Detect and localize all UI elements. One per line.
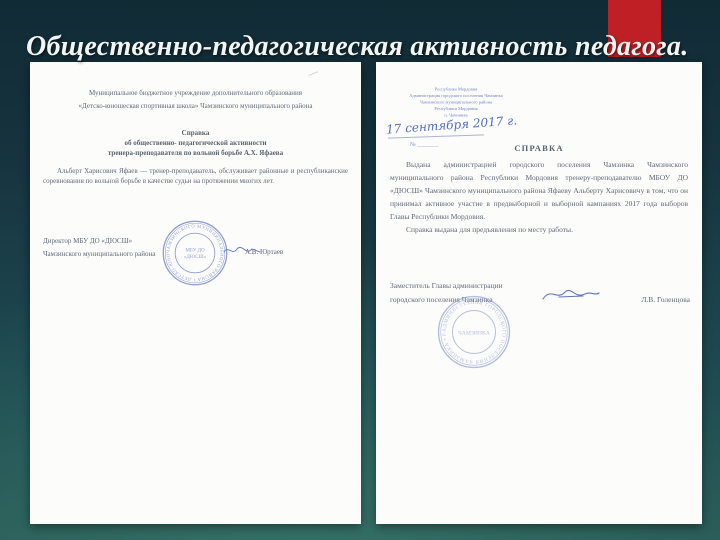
left-doc-heading-line: тренера-преподавателя по вольной борьбе … [44,148,347,158]
signature-icon [222,243,262,259]
left-doc-letterhead: Муниципальное бюджетное учреждение допол… [44,87,347,113]
scanned-document-right: Республика Мордовия Администрация городс… [376,62,702,524]
signature-icon [539,283,601,307]
stamp-center-text: «ДЮСШ» [184,254,207,260]
right-doc-signoff-name: Л.В. Голенцова [641,295,690,304]
stamp-center-text: МБУ ДО [185,247,205,253]
round-stamp-icon: ЧАМЗИНСКОГО МУНИЦИПАЛЬНОГО РАЙОНА • ДЕТС… [161,219,229,287]
slide-title: Общественно-педагогическая активность пе… [26,19,689,76]
left-doc-signoff-line: Чамзинского муниципального района [43,248,155,261]
left-doc-heading-line: Справка [44,128,347,138]
right-doc-note: Справка выдана для предъявления по месту… [390,223,688,236]
right-doc-signoff-line: Заместитель Главы администрации [390,279,503,293]
left-doc-signoff-line: Директор МБУ ДО «ДЮСШ» [43,235,155,248]
stamp-center-text: ЧАМЗИНКА [458,331,491,337]
right-doc-heading: СПРАВКА [376,143,702,153]
left-doc-signoff: Директор МБУ ДО «ДЮСШ» Чамзинского муниц… [43,235,155,261]
left-doc-heading: Справка об общественно- педагогической а… [44,128,347,158]
left-doc-letterhead-line: Муниципальное бюджетное учреждение допол… [44,87,347,100]
scanned-document-left: Муниципальное бюджетное учреждение допол… [30,62,361,524]
round-stamp-icon: АДМИНИСТРАЦИЯ ГОРОДСКОГО ПОСЕЛЕНИЯ ЧАМЗИ… [436,294,512,370]
presentation-slide: Общественно-педагогическая активность пе… [0,0,720,540]
left-doc-letterhead-line: «Детско-юношеская спортивная школа» Чамз… [44,100,347,113]
right-doc-paragraph: Выдана администрацией городского поселен… [390,158,688,223]
left-doc-heading-line: об общественно- педагогической активност… [44,138,347,148]
left-doc-body: Альберт Харисович Яфаев — тренер-препода… [43,166,348,186]
right-doc-body: Выдана администрацией городского поселен… [390,158,688,236]
